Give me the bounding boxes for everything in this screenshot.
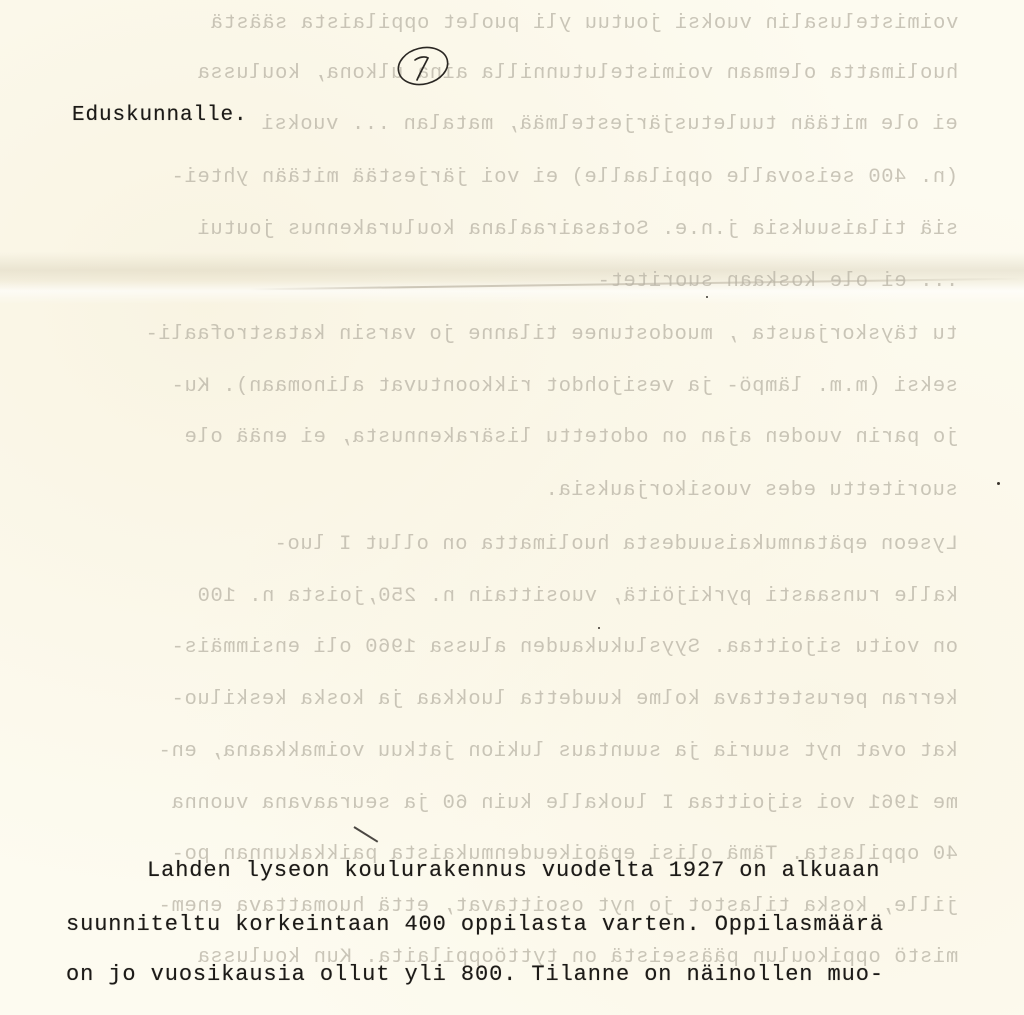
ink-speck: [997, 482, 1000, 485]
circled-number-icon: [395, 44, 451, 88]
body-line: Lahden lyseon koulurakennus vuodelta 192…: [147, 858, 880, 883]
document-front: 1 Eduskunnalle. Lahden lyseon kouluraken…: [0, 0, 1024, 1015]
pen-stroke-mark: [353, 826, 378, 843]
ink-speck: [706, 296, 708, 298]
body-line: suunniteltu korkeintaan 400 oppilasta va…: [66, 912, 884, 937]
handwritten-page-number: 1: [395, 44, 451, 88]
ink-speck: [598, 627, 600, 629]
salutation: Eduskunnalle.: [72, 104, 248, 127]
body-line: on jo vuosikausia ollut yli 800. Tilanne…: [66, 962, 884, 987]
